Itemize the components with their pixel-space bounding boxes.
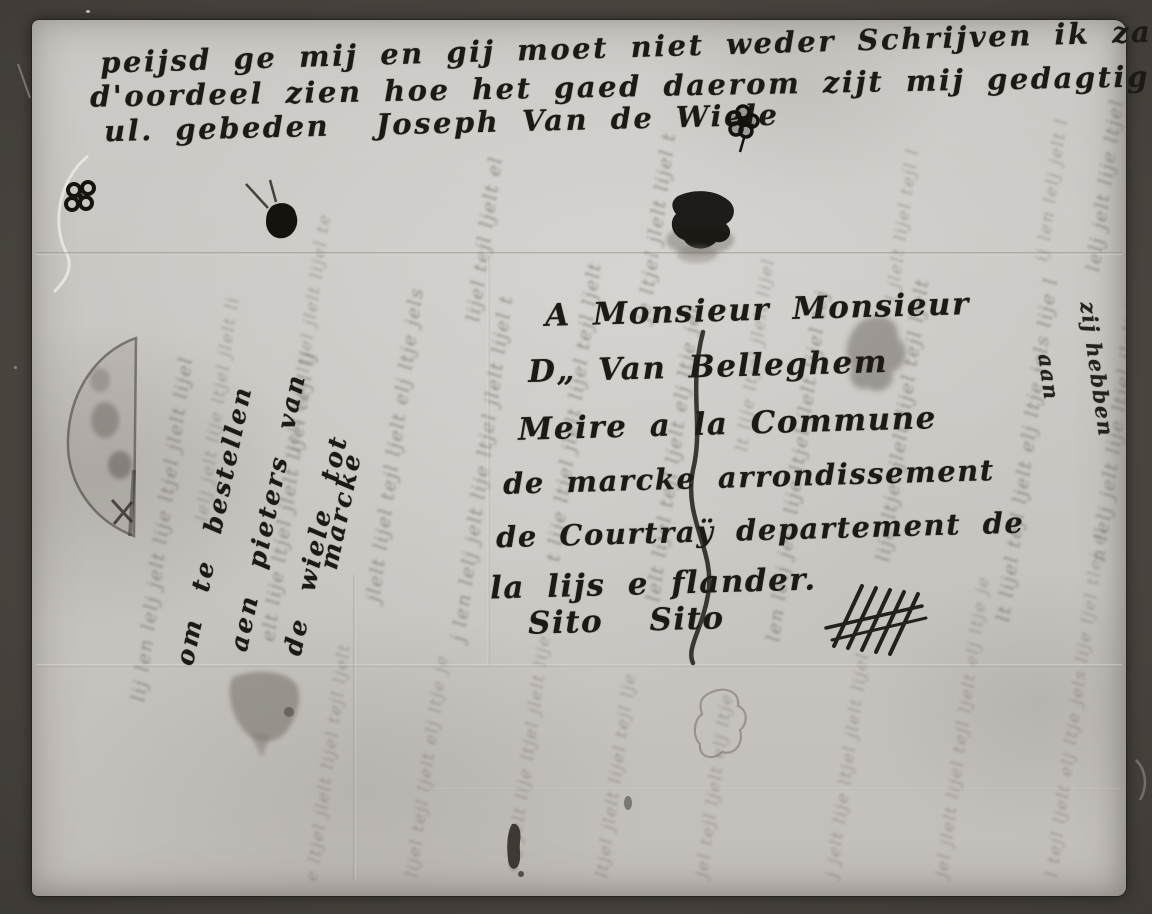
bleedthrough-column: jlelt lijel tejl ljelt elj ltje jels xyxy=(362,286,428,603)
bleedthrough-column: e ltjel jlelt lijel tejl ljelt xyxy=(302,642,355,883)
photo-frame: lij len lelj jelt lije ltjel jlelt lijel… xyxy=(0,0,1152,914)
bleedthrough-column: jel jlelt lijel tejl ljelt elj ltje je xyxy=(932,574,994,878)
dust-speck xyxy=(86,10,90,13)
bleedthrough-column: lelj jelt lije ltjel xyxy=(1082,97,1126,273)
bleedthrough-column: ij len lelj jelt l xyxy=(1032,116,1072,262)
bleedthrough-column: elj jelt lije ltjel jlelt lije xyxy=(502,633,555,872)
bleedthrough-column: l tejl ljelt elj ltje jels lije ljel tle… xyxy=(1042,525,1111,878)
address-urgency-line: Sito Sito xyxy=(528,600,726,641)
top-note-closing: ul. gebeden xyxy=(104,109,331,149)
dust-speck xyxy=(14,366,17,369)
bleedthrough-column: j jelt lije ltjel jlelt lijel xyxy=(822,651,873,879)
bleedthrough-column: ltjel jlelt lijel tejl lje xyxy=(592,671,641,878)
bleedthrough-column: jel tejl ljelt elj ltje xyxy=(692,692,738,879)
bleedthrough-column: lt lijel tejl ljelt elj ltje jels lije l xyxy=(992,276,1062,623)
bleedthrough-column: lijel tejl ljelt elj ltje je xyxy=(402,653,453,879)
